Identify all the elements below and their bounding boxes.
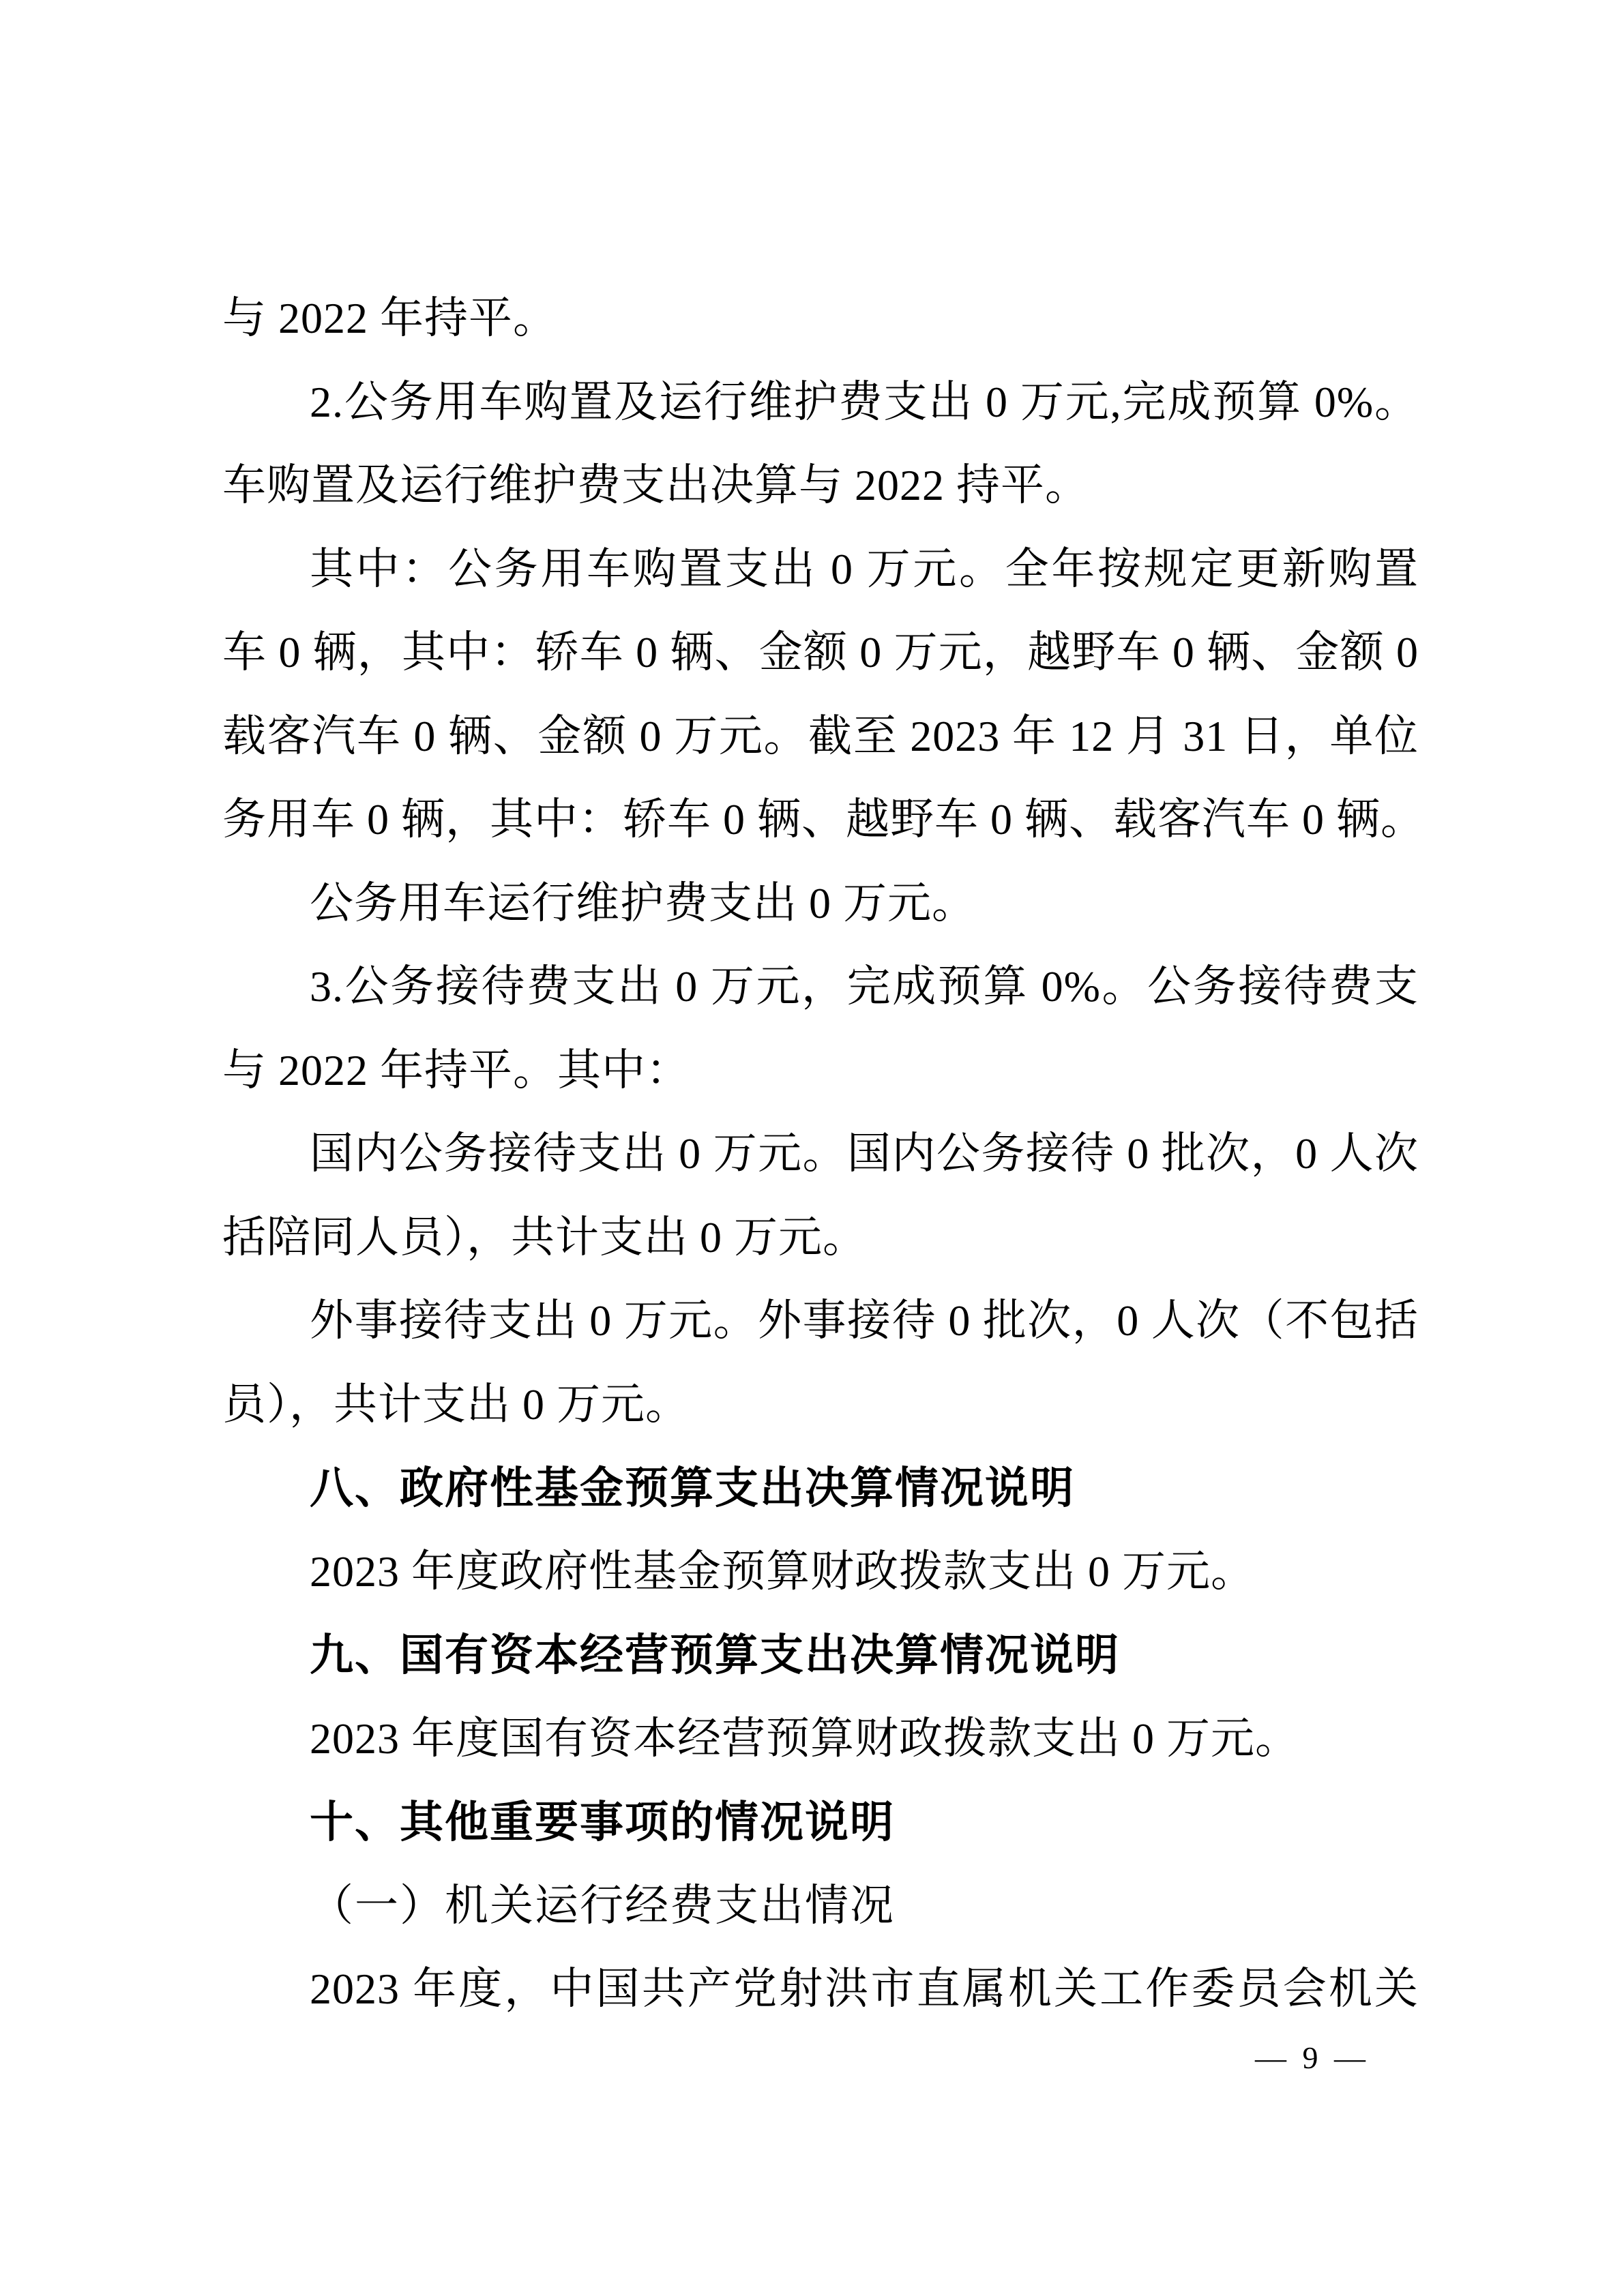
body-text-line: 其中：公务用车购置支出 0 万元。全年按规定更新购置公务用 [222, 544, 1419, 595]
body-text-line: 2023 年度政府性基金预算财政拨款支出 0 万元。 [222, 1547, 1419, 1597]
section-heading-ix: 九、国有资本经营预算支出决算情况说明 [222, 1630, 1419, 1680]
body-text-line: 2.公务用车购置及运行维护费支出 0 万元,完成预算 0%。公务用 [222, 377, 1419, 428]
body-text-line: 车 0 辆，其中：轿车 0 辆、金额 0 万元，越野车 0 辆、金额 0 万元， [222, 627, 1419, 678]
body-text-line: 国内公务接待支出 0 万元。国内公务接待 0 批次，0 人次（不包 [222, 1129, 1419, 1179]
body-text-line: 与 2022 年持平。其中： [222, 1045, 1419, 1096]
body-text-line: 公务用车运行维护费支出 0 万元。 [222, 878, 1419, 929]
page-number: — 9 — [1255, 2040, 1370, 2076]
section-heading-viii: 八、政府性基金预算支出决算情况说明 [222, 1463, 1419, 1513]
body-text-line: 载客汽车 0 辆、金额 0 万元。截至 2023 年 12 月 31 日，单位共… [222, 711, 1419, 762]
body-text-line: 车购置及运行维护费支出决算与 2022 持平。 [222, 460, 1419, 511]
body-text-line: 与 2022 年持平。 [222, 293, 1419, 344]
body-text-line: 务用车 0 辆，其中：轿车 0 辆、越野车 0 辆、载客汽车 0 辆。 [222, 794, 1419, 845]
section-heading-x: 十、其他重要事项的情况说明 [222, 1797, 1419, 1847]
body-text-line: 员），共计支出 0 万元。 [222, 1380, 1419, 1430]
subsection-heading: （一）机关运行经费支出情况 [222, 1881, 1419, 1931]
body-text-line: 3.公务接待费支出 0 万元，完成预算 0%。公务接待费支出决算 [222, 961, 1419, 1012]
body-text-line: 2023 年度国有资本经营预算财政拨款支出 0 万元。 [222, 1714, 1419, 1764]
text-block: 与 2022 年持平。 2.公务用车购置及运行维护费支出 0 万元,完成预算 0… [222, 0, 1419, 2296]
body-text-line: 2023 年度，中国共产党射洪市直属机关工作委员会机关工委机 [222, 1964, 1419, 2014]
body-text-line: 外事接待支出 0 万元。外事接待 0 批次，0 人次（不包括陪同人 [222, 1296, 1419, 1346]
document-page: 与 2022 年持平。 2.公务用车购置及运行维护费支出 0 万元,完成预算 0… [0, 0, 1624, 2296]
body-text-line: 括陪同人员），共计支出 0 万元。 [222, 1212, 1419, 1263]
